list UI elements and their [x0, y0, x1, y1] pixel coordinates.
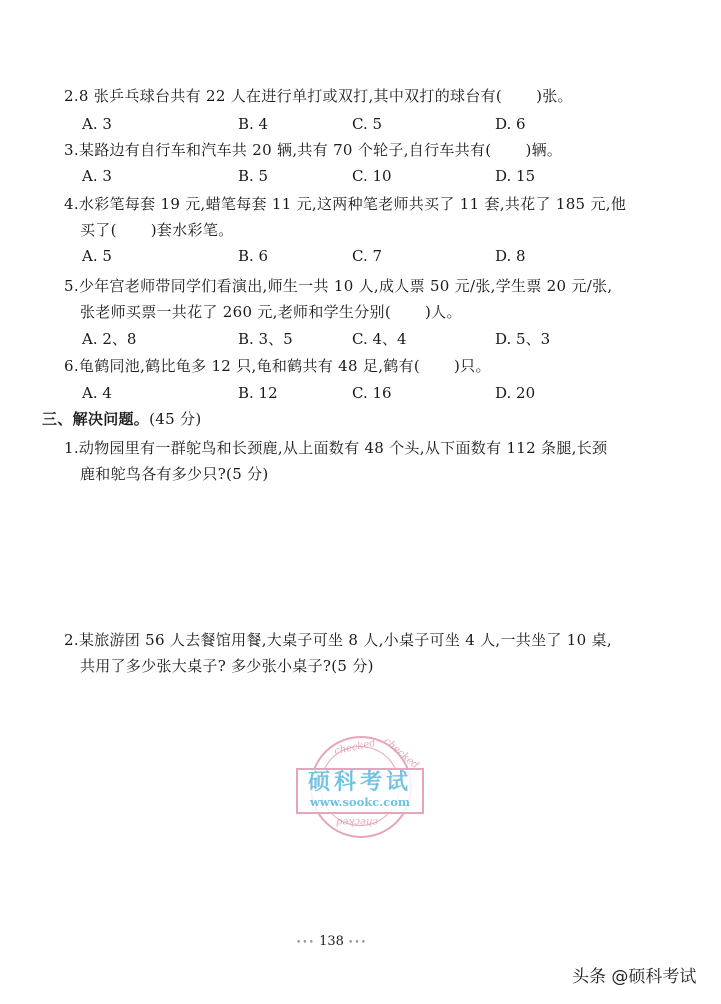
- question-2: 2.8 张乒乓球台共有 22 人在进行单打或双打,其中双打的球台有()张。: [64, 86, 573, 106]
- option-a: A. 3: [82, 114, 112, 134]
- option-d: D. 8: [495, 246, 526, 266]
- option-c: C. 7: [352, 246, 382, 266]
- question-3: 3.某路边有自行车和汽车共 20 辆,共有 70 个轮子,自行车共有()辆。: [64, 140, 562, 160]
- option-a: A. 5: [82, 246, 112, 266]
- question-5-line1: 5.少年宫老师带同学们看演出,师生一共 10 人,成人票 50 元/张,学生票 …: [64, 276, 612, 296]
- dots-left-icon: •••: [296, 938, 315, 948]
- section-3-title: 三、解决问题。(45 分): [42, 409, 201, 429]
- question-4-line2: 买了()套水彩笔。: [80, 220, 233, 240]
- option-c: C. 5: [352, 114, 382, 134]
- option-a: A. 3: [82, 166, 112, 186]
- stamp-brand: 硕科考试: [298, 770, 422, 796]
- stamp-box: 硕科考试 www.sookc.com: [296, 768, 424, 814]
- option-b: B. 5: [238, 166, 268, 186]
- question-6: 6.龟鹤同池,鹤比龟多 12 只,龟和鹤共有 48 足,鹤有()只。: [64, 356, 491, 376]
- page-number: ••• 138 •••: [296, 934, 367, 949]
- option-a: A. 2、8: [82, 329, 136, 349]
- stamp-url: www.sookc.com: [298, 796, 422, 809]
- option-b: B. 12: [238, 383, 278, 403]
- stamp-arc-text-bottom: checked: [336, 816, 378, 827]
- option-d: D. 5、3: [495, 329, 550, 349]
- source-watermark: 头条 @硕科考试: [572, 962, 696, 987]
- option-c: C. 16: [352, 383, 392, 403]
- dots-right-icon: •••: [348, 938, 367, 948]
- option-d: D. 6: [495, 114, 526, 134]
- checked-stamp: checked checked checked 硕科考试 www.sookc.c…: [296, 728, 424, 856]
- option-d: D. 20: [495, 383, 535, 403]
- problem-1-line1: 1.动物园里有一群鸵鸟和长颈鹿,从上面数有 48 个头,从下面数有 112 条腿…: [64, 438, 607, 458]
- option-b: B. 3、5: [238, 329, 293, 349]
- section-3-points: (45 分): [149, 410, 201, 428]
- option-b: B. 4: [238, 114, 268, 134]
- option-b: B. 6: [238, 246, 268, 266]
- option-a: A. 4: [82, 383, 112, 403]
- question-5-line2: 张老师买票一共花了 260 元,老师和学生分别()人。: [80, 302, 462, 322]
- option-d: D. 15: [495, 166, 535, 186]
- option-c: C. 10: [352, 166, 392, 186]
- option-c: C. 4、4: [352, 329, 407, 349]
- problem-1-line2: 鹿和鸵鸟各有多少只?(5 分): [80, 464, 269, 484]
- problem-2-line1: 2.某旅游团 56 人去餐馆用餐,大桌子可坐 8 人,小桌子可坐 4 人,一共坐…: [64, 630, 612, 650]
- problem-2-line2: 共用了多少张大桌子? 多少张小桌子?(5 分): [80, 656, 374, 676]
- question-4-line1: 4.水彩笔每套 19 元,蜡笔每套 11 元,这两种笔老师共买了 11 套,共花…: [64, 194, 626, 214]
